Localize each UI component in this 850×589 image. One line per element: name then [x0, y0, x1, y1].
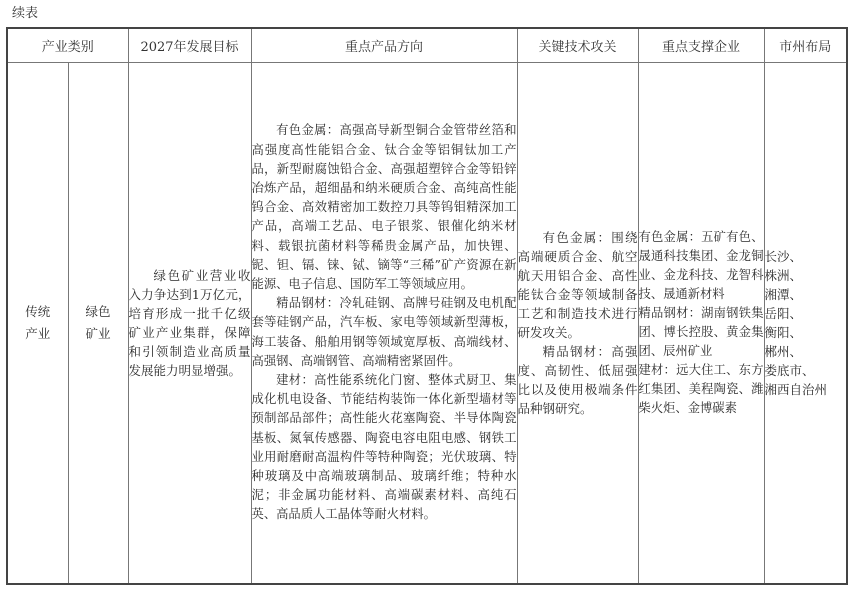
tech-steel: 精品钢材：高强度、高韧性、低屈强比以及使用极端条件品种钢研究。	[518, 342, 638, 418]
city-item: 岳阳、	[765, 304, 847, 323]
goal-cell: 绿色矿业营业收入力争达到1万亿元，培育形成一批千亿级矿业产业集群，保障和引领制造…	[128, 63, 251, 585]
enterprise-steel: 精品钢材：湖南钢铁集团、博长控股、黄金集团、辰州矿业	[639, 304, 764, 361]
goal-text: 绿色矿业营业收入力争达到1万亿元，培育形成一批千亿级矿业产业集群，保障和引领制造…	[129, 266, 251, 380]
product-building-materials: 建材：高性能系统化门窗、整体式厨卫、集成化机电设备、节能结构装饰一体化新型墙材等…	[252, 371, 517, 525]
enterprise-building-materials: 建材：远大住工、东方红集团、美程陶瓷、潍柴火炬、金博碳素	[639, 361, 764, 418]
industry-table: 产业类别 2027年发展目标 重点产品方向 关键技术攻关 重点支撑企业 市州布局…	[6, 27, 848, 585]
table-caption: 续表	[12, 2, 38, 21]
header-cities: 市州布局	[764, 28, 847, 63]
city-item: 衡阳、	[765, 323, 847, 342]
tech-nonferrous: 有色金属：围绕高端硬质合金、航空航天用铝合金、高性能钛合金等领域制备工艺和制造技…	[518, 228, 638, 342]
products-cell: 有色金属：高强高导新型铜合金管带丝箔和高强度高性能铝合金、钛合金等铝铜钛加工产品…	[251, 63, 517, 585]
enterprise-nonferrous: 有色金属：五矿有色、晟通科技集团、金龙铜业、金龙科技、龙智科技、晟通新材料	[639, 228, 764, 304]
category-sub-cell: 绿色矿业	[68, 63, 128, 585]
category-sub: 绿色矿业	[84, 301, 112, 345]
city-item: 株洲、	[765, 266, 847, 285]
city-item: 湘西自治州	[765, 380, 847, 399]
city-item: 娄底市、	[765, 361, 847, 380]
product-steel: 精品钢材：冷轧硅钢、高牌号硅钢及电机配套等硅钢产品，汽车板、家电等领域新型薄板，…	[252, 294, 517, 371]
header-tech: 关键技术攻关	[517, 28, 638, 63]
city-item: 郴州、	[765, 342, 847, 361]
header-products: 重点产品方向	[251, 28, 517, 63]
city-item: 湘潭、	[765, 285, 847, 304]
city-item: 长沙、	[765, 247, 847, 266]
cities-cell: 长沙、 株洲、 湘潭、 岳阳、 衡阳、 郴州、 娄底市、 湘西自治州	[764, 63, 847, 585]
category-main-cell: 传统产业	[7, 63, 68, 585]
product-nonferrous: 有色金属：高强高导新型铜合金管带丝箔和高强度高性能铝合金、钛合金等铝铜钛加工产品…	[252, 121, 517, 294]
header-row: 产业类别 2027年发展目标 重点产品方向 关键技术攻关 重点支撑企业 市州布局	[7, 28, 847, 63]
header-enterprises: 重点支撑企业	[638, 28, 764, 63]
table-row: 传统产业 绿色矿业 绿色矿业营业收入力争达到1万亿元，培育形成一批千亿级矿业产业…	[7, 63, 847, 585]
enterprises-cell: 有色金属：五矿有色、晟通科技集团、金龙铜业、金龙科技、龙智科技、晟通新材料 精品…	[638, 63, 764, 585]
header-category: 产业类别	[7, 28, 128, 63]
header-goal: 2027年发展目标	[128, 28, 251, 63]
tech-cell: 有色金属：围绕高端硬质合金、航空航天用铝合金、高性能钛合金等领域制备工艺和制造技…	[517, 63, 638, 585]
category-main: 传统产业	[24, 301, 52, 345]
